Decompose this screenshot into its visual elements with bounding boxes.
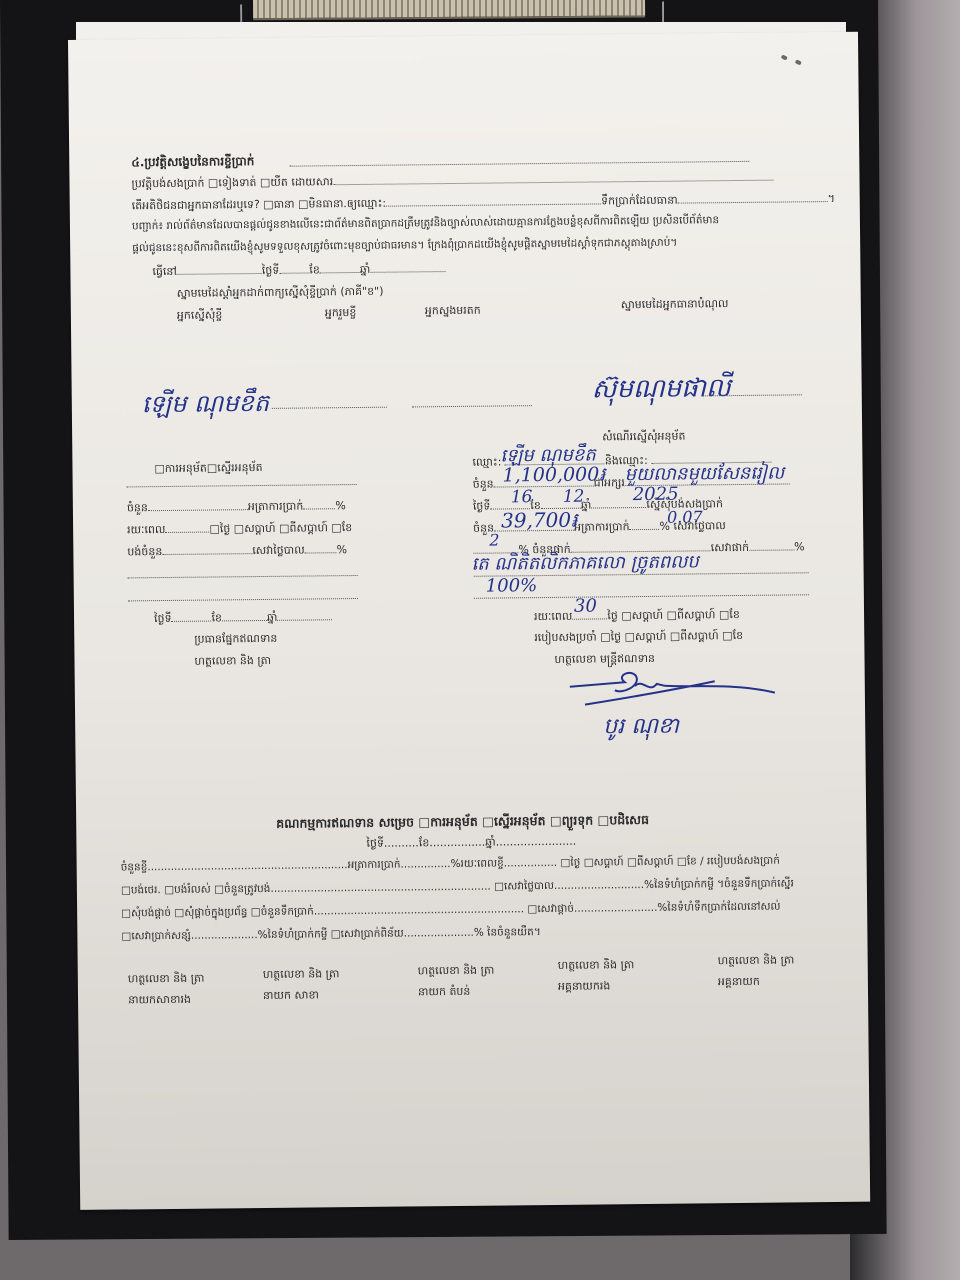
signature-block-2: ហត្ថលេខា និង ត្រានាយក សាខា bbox=[263, 967, 340, 1002]
approval-amount-row: ចំនួនអត្រាការប្រាក់% bbox=[127, 498, 346, 514]
handwritten-applicant-name: ឡើម ណុមខឹត bbox=[142, 388, 270, 424]
approval-date-row: ថ្ងៃទីខែឆ្នាំ bbox=[154, 609, 333, 625]
signature-block-1: ហត្ថលេខា និង ត្រានាយកសាខារង bbox=[128, 972, 205, 1007]
credit-head-sign: ហត្ថលេខា និង ត្រា bbox=[194, 654, 271, 668]
committee-row-1: ចំនួនខ្ចី...............................… bbox=[121, 855, 780, 874]
applicant-label: អ្នកស្នើសុំខ្ចី bbox=[177, 308, 223, 322]
declaration-line-1: បញ្ជាក់៖ រាល់ព័ត៌មានដែលបានផ្តល់ជូនខាងលើន… bbox=[132, 214, 719, 233]
handwritten-guarantor-name: ស៊ុមណុមផាលី bbox=[592, 371, 731, 410]
guarantor-question: តើអតិថិជនជាអ្នកធានាដែរឬទេ? □ធានា □មិនធាន… bbox=[132, 191, 835, 213]
clipboard-clip bbox=[253, 0, 645, 20]
handwritten-officer-name: បូរ ណុខា bbox=[603, 712, 679, 745]
dotted-line bbox=[272, 407, 387, 409]
request-term-row: រយៈពេលថ្ងៃ □សប្តាហ៍ □ពីសប្តាហ៍ □ខែ bbox=[534, 607, 740, 623]
handwritten-month: 12 bbox=[563, 487, 585, 507]
signature-block-5: ហត្ថលេខា និង ត្រាអគ្គនាយក bbox=[718, 953, 795, 988]
approval-term-row: រយៈពេល□ថ្ងៃ □សប្តាហ៍ □ពីសប្តាហ៍ □ខែ bbox=[127, 520, 352, 537]
officer-signature bbox=[565, 663, 786, 715]
credit-head-role: ប្រធានផ្នែកឥណទាន bbox=[194, 632, 277, 646]
committee-row-4: □សេវាប្រាក់សន្សំ....................%នៃទ… bbox=[121, 926, 540, 943]
thumb-applicants-label: ស្នាមមេដៃស្តាំអ្នកដាក់ពាក្យស្នើសុំខ្ចីប្… bbox=[177, 285, 384, 300]
declaration-line-2: ផ្តល់ជូននេះខុសពីការពិតយើងខ្ញុំសូមទទួលខុស… bbox=[132, 237, 677, 255]
co-borrower-label: អ្នករួមខ្ចី bbox=[325, 306, 357, 320]
handwritten-note: តេ ណិតិតលិកភាគលោ ច្រូតពលប bbox=[471, 549, 699, 578]
request-title: សំណើរស្នើសុំអនុម័ត bbox=[602, 430, 685, 444]
handwritten-interest-rate: 0.07 bbox=[667, 507, 703, 526]
committee-date: ថ្ងៃទី..........ខែ................ឆ្នាំ.… bbox=[366, 835, 576, 850]
dotted-line bbox=[128, 598, 358, 601]
dotted-line bbox=[127, 484, 357, 487]
dotted-line bbox=[128, 575, 358, 578]
handwritten-service-fee: 2 bbox=[489, 531, 499, 550]
dotted-line bbox=[702, 394, 802, 396]
dotted-line bbox=[289, 161, 749, 167]
approval-checkboxes[interactable]: □ការអនុម័ត□ស្នើរអនុម័ត bbox=[154, 461, 262, 475]
punch-mark bbox=[781, 54, 788, 60]
handwritten-note-percent: 100% bbox=[486, 575, 538, 597]
approval-payment-row: បង់ចំនួនសេវាថ្លៃបាល% bbox=[127, 542, 347, 558]
dotted-line bbox=[412, 405, 532, 407]
handwritten-term: 30 bbox=[574, 595, 597, 616]
committee-row-2: □បង់ថេរ. □បង់រំលស់ □ចំនួនត្រូវបង់.......… bbox=[121, 877, 794, 897]
heir-label: អ្នកស្នងមរតក bbox=[425, 304, 481, 318]
handwritten-day: 16 bbox=[511, 487, 533, 507]
signature-block-3: ហត្ថលេខា និង ត្រានាយក តំបន់ bbox=[418, 964, 495, 999]
signature-block-4: ហត្ថលេខា និង ត្រាអគ្គនាយករង bbox=[558, 958, 635, 993]
committee-row-3: □សុំបង់ផ្តាច់ □សុំផ្តាច់ក្នុងប្រព័ន្ធ □ច… bbox=[121, 901, 780, 920]
committee-title: គណកម្មការឥណទាន សម្រេច □ការអនុម័ត □ស្នើរអ… bbox=[276, 812, 649, 831]
thumb-guarantor-label: ស្នាមមេដៃអ្នកធានាបំណុល bbox=[621, 297, 729, 311]
section-title: ៤.ប្រវត្តិសង្ខេបនៃការខ្ចីប្រាក់ bbox=[131, 154, 254, 170]
repayment-history: ប្រវត្តិបង់សងប្រាក់ □ទៀងទាត់ □យឺត ដោយសារ bbox=[131, 170, 773, 191]
punch-mark bbox=[795, 59, 802, 65]
loan-form-page: ៤.ប្រវត្តិសង្ខេបនៃការខ្ចីប្រាក់ ប្រវត្តិ… bbox=[68, 32, 870, 1210]
repay-method-row: របៀបសងប្រចាំ □ថ្ងៃ □សប្តាហ៍ □ពីសប្តាហ៍ □… bbox=[534, 629, 743, 644]
handwritten-installment: 39,700៛ bbox=[501, 507, 578, 538]
handwritten-year: 2025 bbox=[633, 484, 679, 505]
made-at-line: ធ្វើនៅថ្ងៃទីខែឆ្នាំ bbox=[152, 261, 445, 278]
